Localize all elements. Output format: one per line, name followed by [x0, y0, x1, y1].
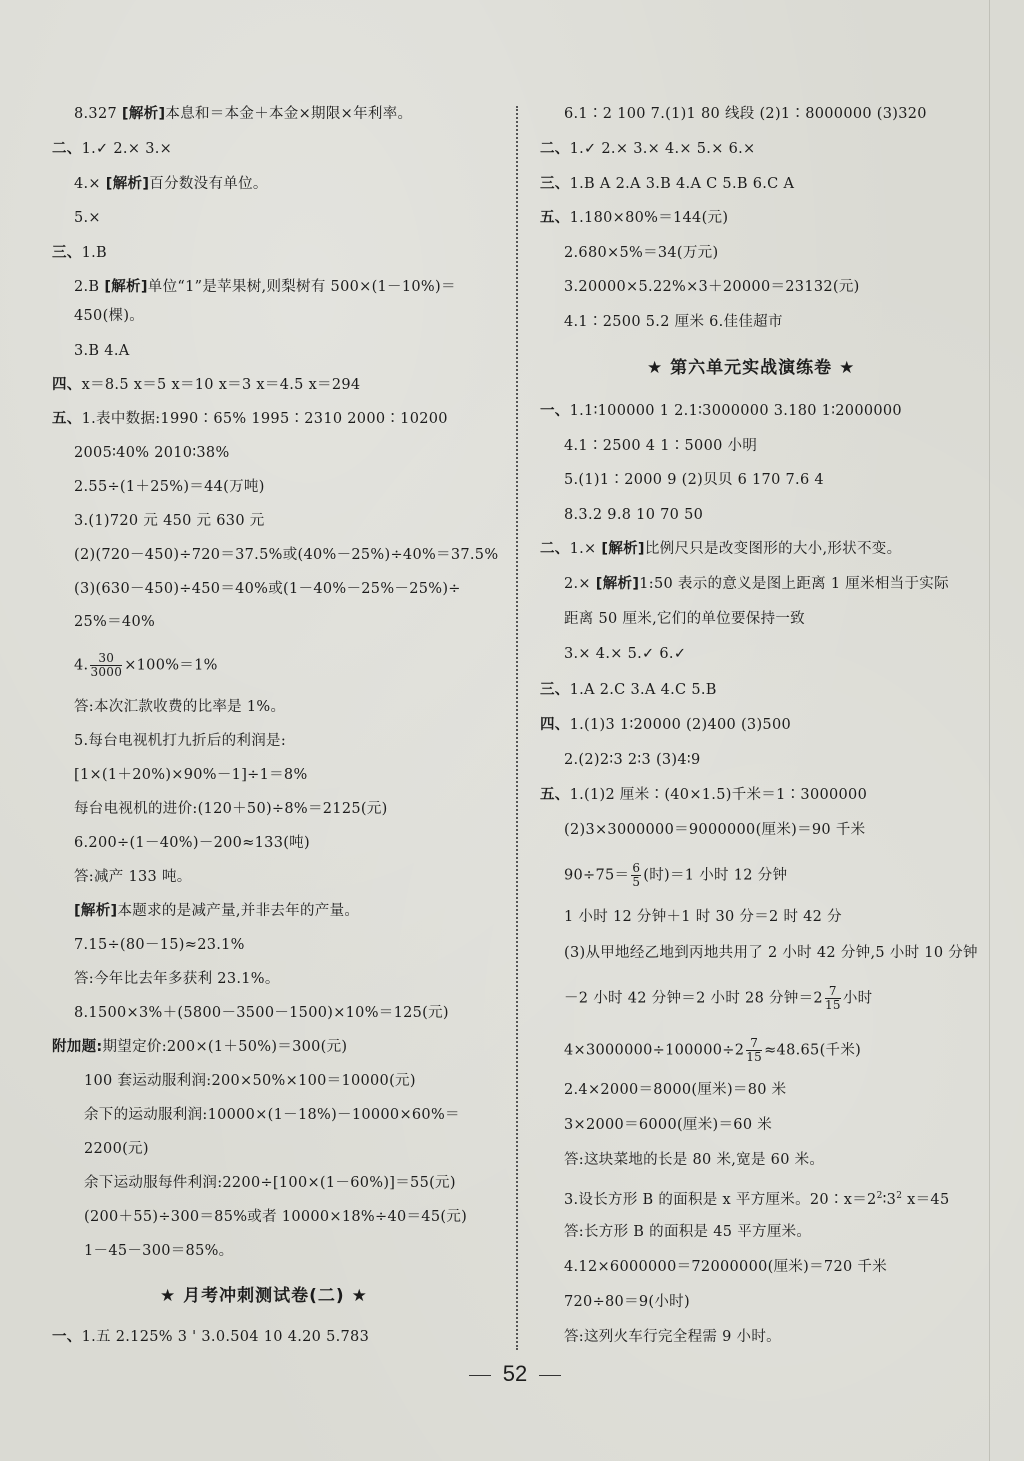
answer-line: 余下的运动服利润:10000×(1－18%)－10000×60%＝ [84, 1105, 460, 1125]
answer-text: 4.1∶2500 5.2 厘米 6.佳佳超市 [564, 314, 783, 330]
section-number: 二、 [540, 541, 570, 557]
answer-text: x＝8.5 x＝5 x＝10 x＝3 x＝4.5 x＝294 [82, 377, 361, 393]
fraction: 715 [825, 985, 841, 1012]
dash-left [469, 1375, 491, 1376]
answer-text: 3.B 4.A [74, 343, 130, 359]
answer-line: 余下运动服每件利润:2200÷[100×(1－60%)]＝55(元) [84, 1173, 456, 1193]
section-number: 五、 [540, 210, 570, 226]
analysis-tag: [解析] [601, 541, 644, 557]
answer-line: 8.1500×3%＋(5800－3500－1500)×10%＝125(元) [74, 1003, 449, 1023]
fraction-numerator: 30 [90, 652, 122, 666]
fraction-denominator: 15 [746, 1051, 762, 1064]
answer-line: 25%＝40% [74, 612, 155, 632]
section-number: 五、 [52, 411, 82, 427]
answer-text: 答:减产 133 吨。 [74, 869, 192, 885]
answer-key-page: 8.327 [解析]本息和＝本金＋本金×期限×年利率。 二、1.✓ 2.× 3.… [0, 0, 1024, 1461]
answer-text: 2005∶40% 2010∶38% [74, 445, 230, 461]
answer-line: 5.每台电视机打九折后的利润是: [74, 731, 286, 751]
answer-line: 4.12×6000000＝72000000(厘米)＝720 千米 [564, 1257, 887, 1277]
answer-line: 3.设长方形 B 的面积是 x 平方厘米。20∶x＝22∶32 x＝45 [564, 1186, 949, 1210]
answer-text: 8.327 [74, 106, 122, 122]
answer-line: 五、1.180×80%＝144(元) [540, 208, 728, 228]
column-divider [516, 106, 518, 1350]
section-number: 五、 [540, 787, 570, 803]
answer-text: 余下的运动服利润:10000×(1－18%)－10000×60%＝ [84, 1107, 460, 1123]
answer-text: 6.200÷(1－40%)－200≈133(吨) [74, 835, 310, 851]
answer-text: 2.55÷(1＋25%)＝44(万吨) [74, 479, 265, 495]
dash-right [539, 1375, 561, 1376]
answer-line: 每台电视机的进价:(120＋50)÷8%＝2125(元) [74, 799, 388, 819]
answer-text: 百分数没有单位。 [149, 176, 267, 192]
answer-line: 四、1.(1)3 1∶20000 (2)400 (3)500 [540, 715, 791, 735]
answer-text: 小时 [843, 991, 873, 1007]
section-number: 一、 [52, 1329, 82, 1345]
fraction-numerator: 7 [746, 1037, 762, 1051]
page-fold-line [989, 0, 990, 1461]
section-title: ★ 月考冲刺测试卷(二) ★ [160, 1285, 368, 1307]
answer-line: 二、1.× [解析]比例尺只是改变图形的大小,形状不变。 [540, 539, 901, 559]
answer-line: 1－45－300＝85%。 [84, 1241, 233, 1261]
answer-text: 1 小时 12 分钟＋1 时 30 分＝2 时 42 分 [564, 909, 842, 925]
analysis-tag: [解析] [596, 576, 639, 592]
answer-line: 4×3000000÷100000÷2715≈48.65(千米) [564, 1037, 861, 1064]
answer-text: 余下运动服每件利润:2200÷[100×(1－60%)]＝55(元) [84, 1175, 456, 1191]
answer-text: 7.15÷(80－15)≈23.1% [74, 937, 245, 953]
answer-text: 3.20000×5.22%×3＋20000＝23132(元) [564, 279, 860, 295]
answer-text: 720÷80＝9(小时) [564, 1294, 690, 1310]
fraction-numerator: 7 [825, 985, 841, 999]
answer-line: (2)(720－450)÷720＝37.5%或(40%－25%)÷40%＝37.… [74, 545, 498, 565]
answer-line: 8.3.2 9.8 10 70 50 [564, 505, 703, 525]
answer-text: 答:本次汇款收费的比率是 1%。 [74, 699, 285, 715]
answer-line: 4.1∶2500 5.2 厘米 6.佳佳超市 [564, 312, 783, 332]
answer-line: 2005∶40% 2010∶38% [74, 443, 230, 463]
fraction: 715 [746, 1037, 762, 1064]
answer-text: 1.1∶100000 1 2.1∶3000000 3.180 1∶2000000 [570, 403, 902, 419]
answer-line: 二、1.✓ 2.× 3.× [52, 139, 172, 159]
answer-text: 5.× [74, 210, 101, 226]
answer-text: 1.A 2.C 3.A 4.C 5.B [570, 682, 717, 698]
answer-line: 90÷75＝65(时)＝1 小时 12 分钟 [564, 862, 787, 889]
answer-text: (3)从甲地经乙地到丙地共用了 2 小时 42 分钟,5 小时 10 分钟 [564, 945, 978, 961]
answer-line: 一、1.1∶100000 1 2.1∶3000000 3.180 1∶20000… [540, 401, 902, 421]
answer-text: (2)(720－450)÷720＝37.5%或(40%－25%)÷40%＝37.… [74, 547, 498, 563]
answer-text: 1.✓ 2.× 3.× 4.× 5.× 6.× [570, 141, 756, 157]
analysis-tag: [解析] [106, 176, 149, 192]
answer-line: 4.1∶2500 4 1∶5000 小明 [564, 436, 757, 456]
answer-text: 答:这列火车行完全程需 9 小时。 [564, 1329, 781, 1345]
answer-text: 2.× [564, 576, 596, 592]
answer-line: 2.680×5%＝34(万元) [564, 243, 718, 263]
answer-line: 4.303000×100%＝1% [74, 652, 218, 679]
answer-line: (200＋55)÷300＝85%或者 10000×18%÷40＝45(元) [84, 1207, 467, 1227]
answer-text: 1:50 表示的意义是图上距离 1 厘米相当于实际 [639, 576, 949, 592]
section-number: 三、 [540, 682, 570, 698]
answer-text: 本题求的是减产量,并非去年的产量。 [117, 903, 359, 919]
answer-text: 4.1∶2500 4 1∶5000 小明 [564, 438, 757, 454]
section-number: 三、 [52, 245, 82, 261]
answer-line: 5.× [74, 208, 101, 228]
answer-text: 8.3.2 9.8 10 70 50 [564, 507, 703, 523]
section-number: 附加题: [52, 1039, 103, 1055]
analysis-tag: [解析] [122, 106, 165, 122]
answer-line: 二、1.✓ 2.× 3.× 4.× 5.× 6.× [540, 139, 755, 159]
answer-text: 每台电视机的进价:(120＋50)÷8%＝2125(元) [74, 801, 388, 817]
answer-line: 三、1.B [52, 243, 107, 263]
answer-text: 1.表中数据:1990∶65% 1995∶2310 2000∶10200 [82, 411, 448, 427]
answer-line: 答:今年比去年多获利 23.1%。 [74, 969, 280, 989]
answer-line: 3.B 4.A [74, 341, 130, 361]
answer-line: 100 套运动服利润:200×50%×100＝10000(元) [84, 1071, 416, 1091]
answer-text: 距离 50 厘米,它们的单位要保持一致 [564, 611, 805, 627]
answer-line: 720÷80＝9(小时) [564, 1292, 690, 1312]
section-number: 四、 [52, 377, 82, 393]
page-number-text: 52 [503, 1361, 527, 1386]
answer-line: (3)从甲地经乙地到丙地共用了 2 小时 42 分钟,5 小时 10 分钟 [564, 943, 978, 963]
answer-text: 5.每台电视机打九折后的利润是: [74, 733, 286, 749]
answer-text: ×100%＝1% [124, 658, 218, 674]
fraction: 303000 [90, 652, 122, 679]
answer-line: 7.15÷(80－15)≈23.1% [74, 935, 245, 955]
answer-text: 6.1∶2 100 7.(1)1 80 线段 (2)1∶8000000 (3)3… [564, 106, 927, 122]
answer-line: 一、1.五 2.125% 3 ' 3.0.504 10 4.20 5.783 [52, 1327, 369, 1347]
answer-line: 3.(1)720 元 450 元 630 元 [74, 511, 265, 531]
answer-line: 6.200÷(1－40%)－200≈133(吨) [74, 833, 310, 853]
answer-line: 2.B [解析]单位“1”是苹果树,则梨树有 500×(1－10%)＝ [74, 277, 456, 297]
section-title: ★ 第六单元实战演练卷 ★ [647, 357, 855, 379]
answer-text: 2.(2)2∶3 2∶3 (3)4∶9 [564, 752, 701, 768]
answer-line: 答:长方形 B 的面积是 45 平方厘米。 [564, 1222, 811, 1242]
answer-text: 答:长方形 B 的面积是 45 平方厘米。 [564, 1224, 811, 1240]
answer-line: 3.20000×5.22%×3＋20000＝23132(元) [564, 277, 860, 297]
answer-text: 1.五 2.125% 3 ' 3.0.504 10 4.20 5.783 [82, 1329, 370, 1345]
answer-text: 1.(1)3 1∶20000 (2)400 (3)500 [570, 717, 791, 733]
answer-text: 25%＝40% [74, 614, 155, 630]
answer-text: 100 套运动服利润:200×50%×100＝10000(元) [84, 1073, 416, 1089]
answer-text: 3×2000＝6000(厘米)＝60 米 [564, 1117, 772, 1133]
section-number: 二、 [540, 141, 570, 157]
answer-text: 答:今年比去年多获利 23.1%。 [74, 971, 280, 987]
answer-line: 8.327 [解析]本息和＝本金＋本金×期限×年利率。 [74, 104, 412, 124]
answer-text: －2 小时 42 分钟＝2 小时 28 分钟＝2 [564, 991, 823, 1007]
answer-line: 450(棵)。 [74, 306, 144, 326]
answer-line: 三、1.A 2.C 3.A 4.C 5.B [540, 680, 717, 700]
answer-line: 距离 50 厘米,它们的单位要保持一致 [564, 609, 805, 629]
answer-line: 四、x＝8.5 x＝5 x＝10 x＝3 x＝4.5 x＝294 [52, 375, 360, 395]
answer-text: 1.(1)2 厘米∶(40×1.5)千米＝1∶3000000 [570, 787, 867, 803]
section-number: 一、 [540, 403, 570, 419]
answer-line: 三、1.B A 2.A 3.B 4.A C 5.B 6.C A [540, 174, 794, 194]
answer-line: (3)(630－450)÷450＝40%或(1－40%－25%－25%)÷ [74, 579, 461, 599]
answer-line: 3.× 4.× 5.✓ 6.✓ [564, 644, 686, 664]
answer-text: 1.B A 2.A 3.B 4.A C 5.B 6.C A [570, 176, 795, 192]
answer-line: 2.55÷(1＋25%)＝44(万吨) [74, 477, 265, 497]
analysis-tag: [解析] [104, 279, 147, 295]
page-number: 52 [455, 1361, 575, 1387]
answer-text: 4. [74, 658, 88, 674]
answer-line: 答:这列火车行完全程需 9 小时。 [564, 1327, 781, 1347]
answer-text: 4×3000000÷100000÷2 [564, 1043, 744, 1059]
fraction-denominator: 5 [631, 876, 641, 889]
answer-line: 答:减产 133 吨。 [74, 867, 192, 887]
answer-text: 1.180×80%＝144(元) [570, 210, 729, 226]
answer-text: 1.B [82, 245, 107, 261]
answer-text: 2.680×5%＝34(万元) [564, 245, 718, 261]
answer-text: 答:这块菜地的长是 80 米,宽是 60 米。 [564, 1152, 824, 1168]
answer-line: 五、1.表中数据:1990∶65% 1995∶2310 2000∶10200 [52, 409, 448, 429]
answer-line: 6.1∶2 100 7.(1)1 80 线段 (2)1∶8000000 (3)3… [564, 104, 927, 124]
analysis-tag: [解析] [74, 903, 117, 919]
answer-text: 90÷75＝ [564, 868, 629, 884]
answer-text: ≈48.65(千米) [764, 1043, 861, 1059]
answer-text: 2.4×2000＝8000(厘米)＝80 米 [564, 1082, 787, 1098]
answer-text: 比例尺只是改变图形的大小,形状不变。 [645, 541, 902, 557]
fraction-numerator: 6 [631, 862, 641, 876]
answer-line: (2)3×3000000＝9000000(厘米)＝90 千米 [564, 820, 865, 840]
answer-line: 附加题:期望定价:200×(1＋50%)＝300(元) [52, 1037, 347, 1057]
answer-line: 答:本次汇款收费的比率是 1%。 [74, 697, 285, 717]
answer-line: 五、1.(1)2 厘米∶(40×1.5)千米＝1∶3000000 [540, 785, 867, 805]
answer-text: 1.✓ 2.× 3.× [82, 141, 172, 157]
answer-text: 4.× [74, 176, 106, 192]
answer-line: [1×(1＋20%)×90%－1]÷1＝8% [74, 765, 308, 785]
answer-text: (200＋55)÷300＝85%或者 10000×18%÷40＝45(元) [84, 1209, 467, 1225]
answer-text: ∶3 [883, 1192, 897, 1208]
answer-line: －2 小时 42 分钟＝2 小时 28 分钟＝2715小时 [564, 985, 872, 1012]
answer-line: 答:这块菜地的长是 80 米,宽是 60 米。 [564, 1150, 824, 1170]
answer-text: 期望定价:200×(1＋50%)＝300(元) [103, 1039, 348, 1055]
answer-text: 450(棵)。 [74, 308, 144, 324]
answer-text: 3.(1)720 元 450 元 630 元 [74, 513, 265, 529]
answer-line: 5.(1)1∶2000 9 (2)贝贝 6 170 7.6 4 [564, 470, 824, 490]
answer-text: 本息和＝本金＋本金×期限×年利率。 [165, 106, 412, 122]
answer-text: 3.设长方形 B 的面积是 x 平方厘米。20∶x＝2 [564, 1192, 877, 1208]
answer-line: 3×2000＝6000(厘米)＝60 米 [564, 1115, 772, 1135]
answer-text: 1.× [570, 541, 602, 557]
answer-text: 3.× 4.× 5.✓ 6.✓ [564, 646, 686, 662]
answer-text: (3)(630－450)÷450＝40%或(1－40%－25%－25%)÷ [74, 581, 461, 597]
answer-line: [解析]本题求的是减产量,并非去年的产量。 [74, 901, 359, 921]
fraction-denominator: 15 [825, 999, 841, 1012]
section-number: 四、 [540, 717, 570, 733]
answer-line: 2.× [解析]1:50 表示的意义是图上距离 1 厘米相当于实际 [564, 574, 949, 594]
answer-text: 2200(元) [84, 1141, 149, 1157]
answer-text: 8.1500×3%＋(5800－3500－1500)×10%＝125(元) [74, 1005, 449, 1021]
answer-line: 1 小时 12 分钟＋1 时 30 分＝2 时 42 分 [564, 907, 842, 927]
answer-text: 5.(1)1∶2000 9 (2)贝贝 6 170 7.6 4 [564, 472, 824, 488]
answer-text: 4.12×6000000＝72000000(厘米)＝720 千米 [564, 1259, 887, 1275]
fraction: 65 [631, 862, 641, 889]
answer-line: 4.× [解析]百分数没有单位。 [74, 174, 268, 194]
fraction-denominator: 3000 [90, 666, 122, 679]
answer-line: 2.4×2000＝8000(厘米)＝80 米 [564, 1080, 787, 1100]
answer-text: 2.B [74, 279, 104, 295]
section-number: 二、 [52, 141, 82, 157]
answer-line: 2.(2)2∶3 2∶3 (3)4∶9 [564, 750, 701, 770]
answer-line: 2200(元) [84, 1139, 149, 1159]
answer-text: [1×(1＋20%)×90%－1]÷1＝8% [74, 767, 308, 783]
answer-text: x＝45 [902, 1192, 949, 1208]
answer-text: 1－45－300＝85%。 [84, 1243, 233, 1259]
section-number: 三、 [540, 176, 570, 192]
answer-text: (2)3×3000000＝9000000(厘米)＝90 千米 [564, 822, 865, 838]
answer-text: 单位“1”是苹果树,则梨树有 500×(1－10%)＝ [148, 279, 456, 295]
answer-text: (时)＝1 小时 12 分钟 [643, 868, 787, 884]
